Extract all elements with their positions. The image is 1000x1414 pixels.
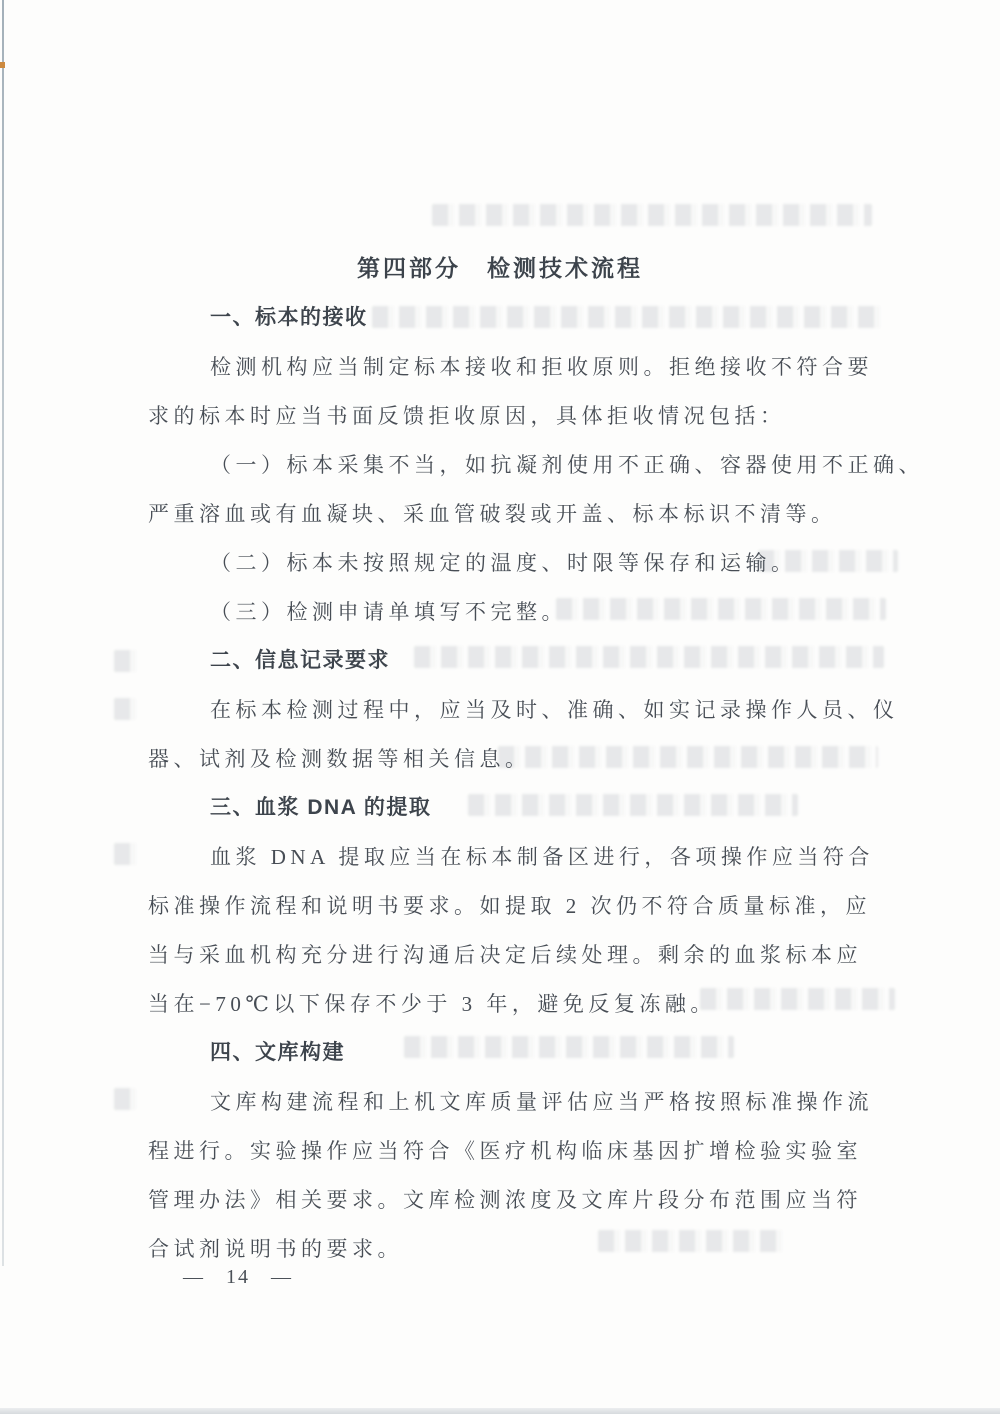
paragraph-line: 当在−70℃以下保存不少于 3 年，避免反复冻融。 — [148, 989, 716, 1019]
paragraph-line: 在标本检测过程中，应当及时、准确、如实记录操作人员、仪 — [210, 695, 899, 725]
page-title: 第四部分 检测技术流程 — [0, 250, 1000, 283]
section-heading-4: 四、文库构建 — [210, 1038, 345, 1068]
section-heading-3: 三、血浆 DNA 的提取 — [210, 793, 431, 823]
bleedthrough-ghost-text — [114, 843, 138, 865]
paragraph-line: 血浆 DNA 提取应当在标本制备区进行，各项操作应当符合 — [210, 842, 874, 872]
paragraph-line: 程进行。实验操作应当符合《医疗机构临床基因扩增检验实验室 — [148, 1136, 862, 1166]
paragraph-line: 管理办法》相关要求。文库检测浓度及文库片段分布范围应当符 — [148, 1185, 862, 1215]
bleedthrough-ghost-text — [556, 598, 886, 620]
paragraph-line: 合试剂说明书的要求。 — [148, 1234, 403, 1264]
paragraph-line: 文库构建流程和上机文库质量评估应当严格按照标准操作流 — [210, 1087, 873, 1117]
page-left-edge-line — [2, 0, 4, 1266]
paragraph-line: 器、试剂及检测数据等相关信息。 — [148, 744, 531, 774]
paragraph-line: 标准操作流程和说明书要求。如提取 2 次仍不符合质量标准，应 — [148, 891, 871, 921]
section-heading-2: 二、信息记录要求 — [210, 646, 390, 676]
bleedthrough-ghost-text — [404, 1036, 734, 1058]
paragraph-line: 求的标本时应当书面反馈拒收原因，具体拒收情况包括： — [148, 401, 786, 431]
page-number: — 14 — — [183, 1266, 293, 1289]
page-edge-orange-mark — [0, 62, 5, 68]
paragraph-line: 当与采血机构充分进行沟通后决定后续处理。剩余的血浆标本应 — [148, 940, 862, 970]
bleedthrough-ghost-text — [498, 746, 878, 768]
bleedthrough-ghost-text — [432, 204, 872, 226]
bleedthrough-ghost-text — [598, 1230, 783, 1252]
bleedthrough-ghost-text — [114, 698, 136, 720]
bleedthrough-ghost-text — [700, 988, 895, 1010]
scanned-document-page: 第四部分 检测技术流程 一、标本的接收 检测机构应当制定标本接收和拒收原则。拒绝… — [0, 0, 1000, 1414]
bleedthrough-ghost-text — [114, 650, 140, 672]
paragraph-line: 检测机构应当制定标本接收和拒收原则。拒绝接收不符合要 — [210, 352, 873, 382]
paragraph-line: （一）标本采集不当，如抗凝剂使用不正确、容器使用不正确、 — [210, 450, 924, 480]
paragraph-line: （二）标本未按照规定的温度、时限等保存和运输。 — [210, 548, 797, 578]
section-heading-1: 一、标本的接收 — [210, 303, 368, 333]
page-bottom-edge-shadow — [0, 1408, 1000, 1414]
bleedthrough-ghost-text — [468, 794, 798, 816]
bleedthrough-ghost-text — [414, 646, 884, 668]
paragraph-line: （三）检测申请单填写不完整。 — [210, 597, 567, 627]
paragraph-line: 严重溶血或有血凝块、采血管破裂或开盖、标本标识不清等。 — [148, 499, 837, 529]
bleedthrough-ghost-text — [114, 1088, 136, 1110]
bleedthrough-ghost-text — [372, 306, 882, 328]
